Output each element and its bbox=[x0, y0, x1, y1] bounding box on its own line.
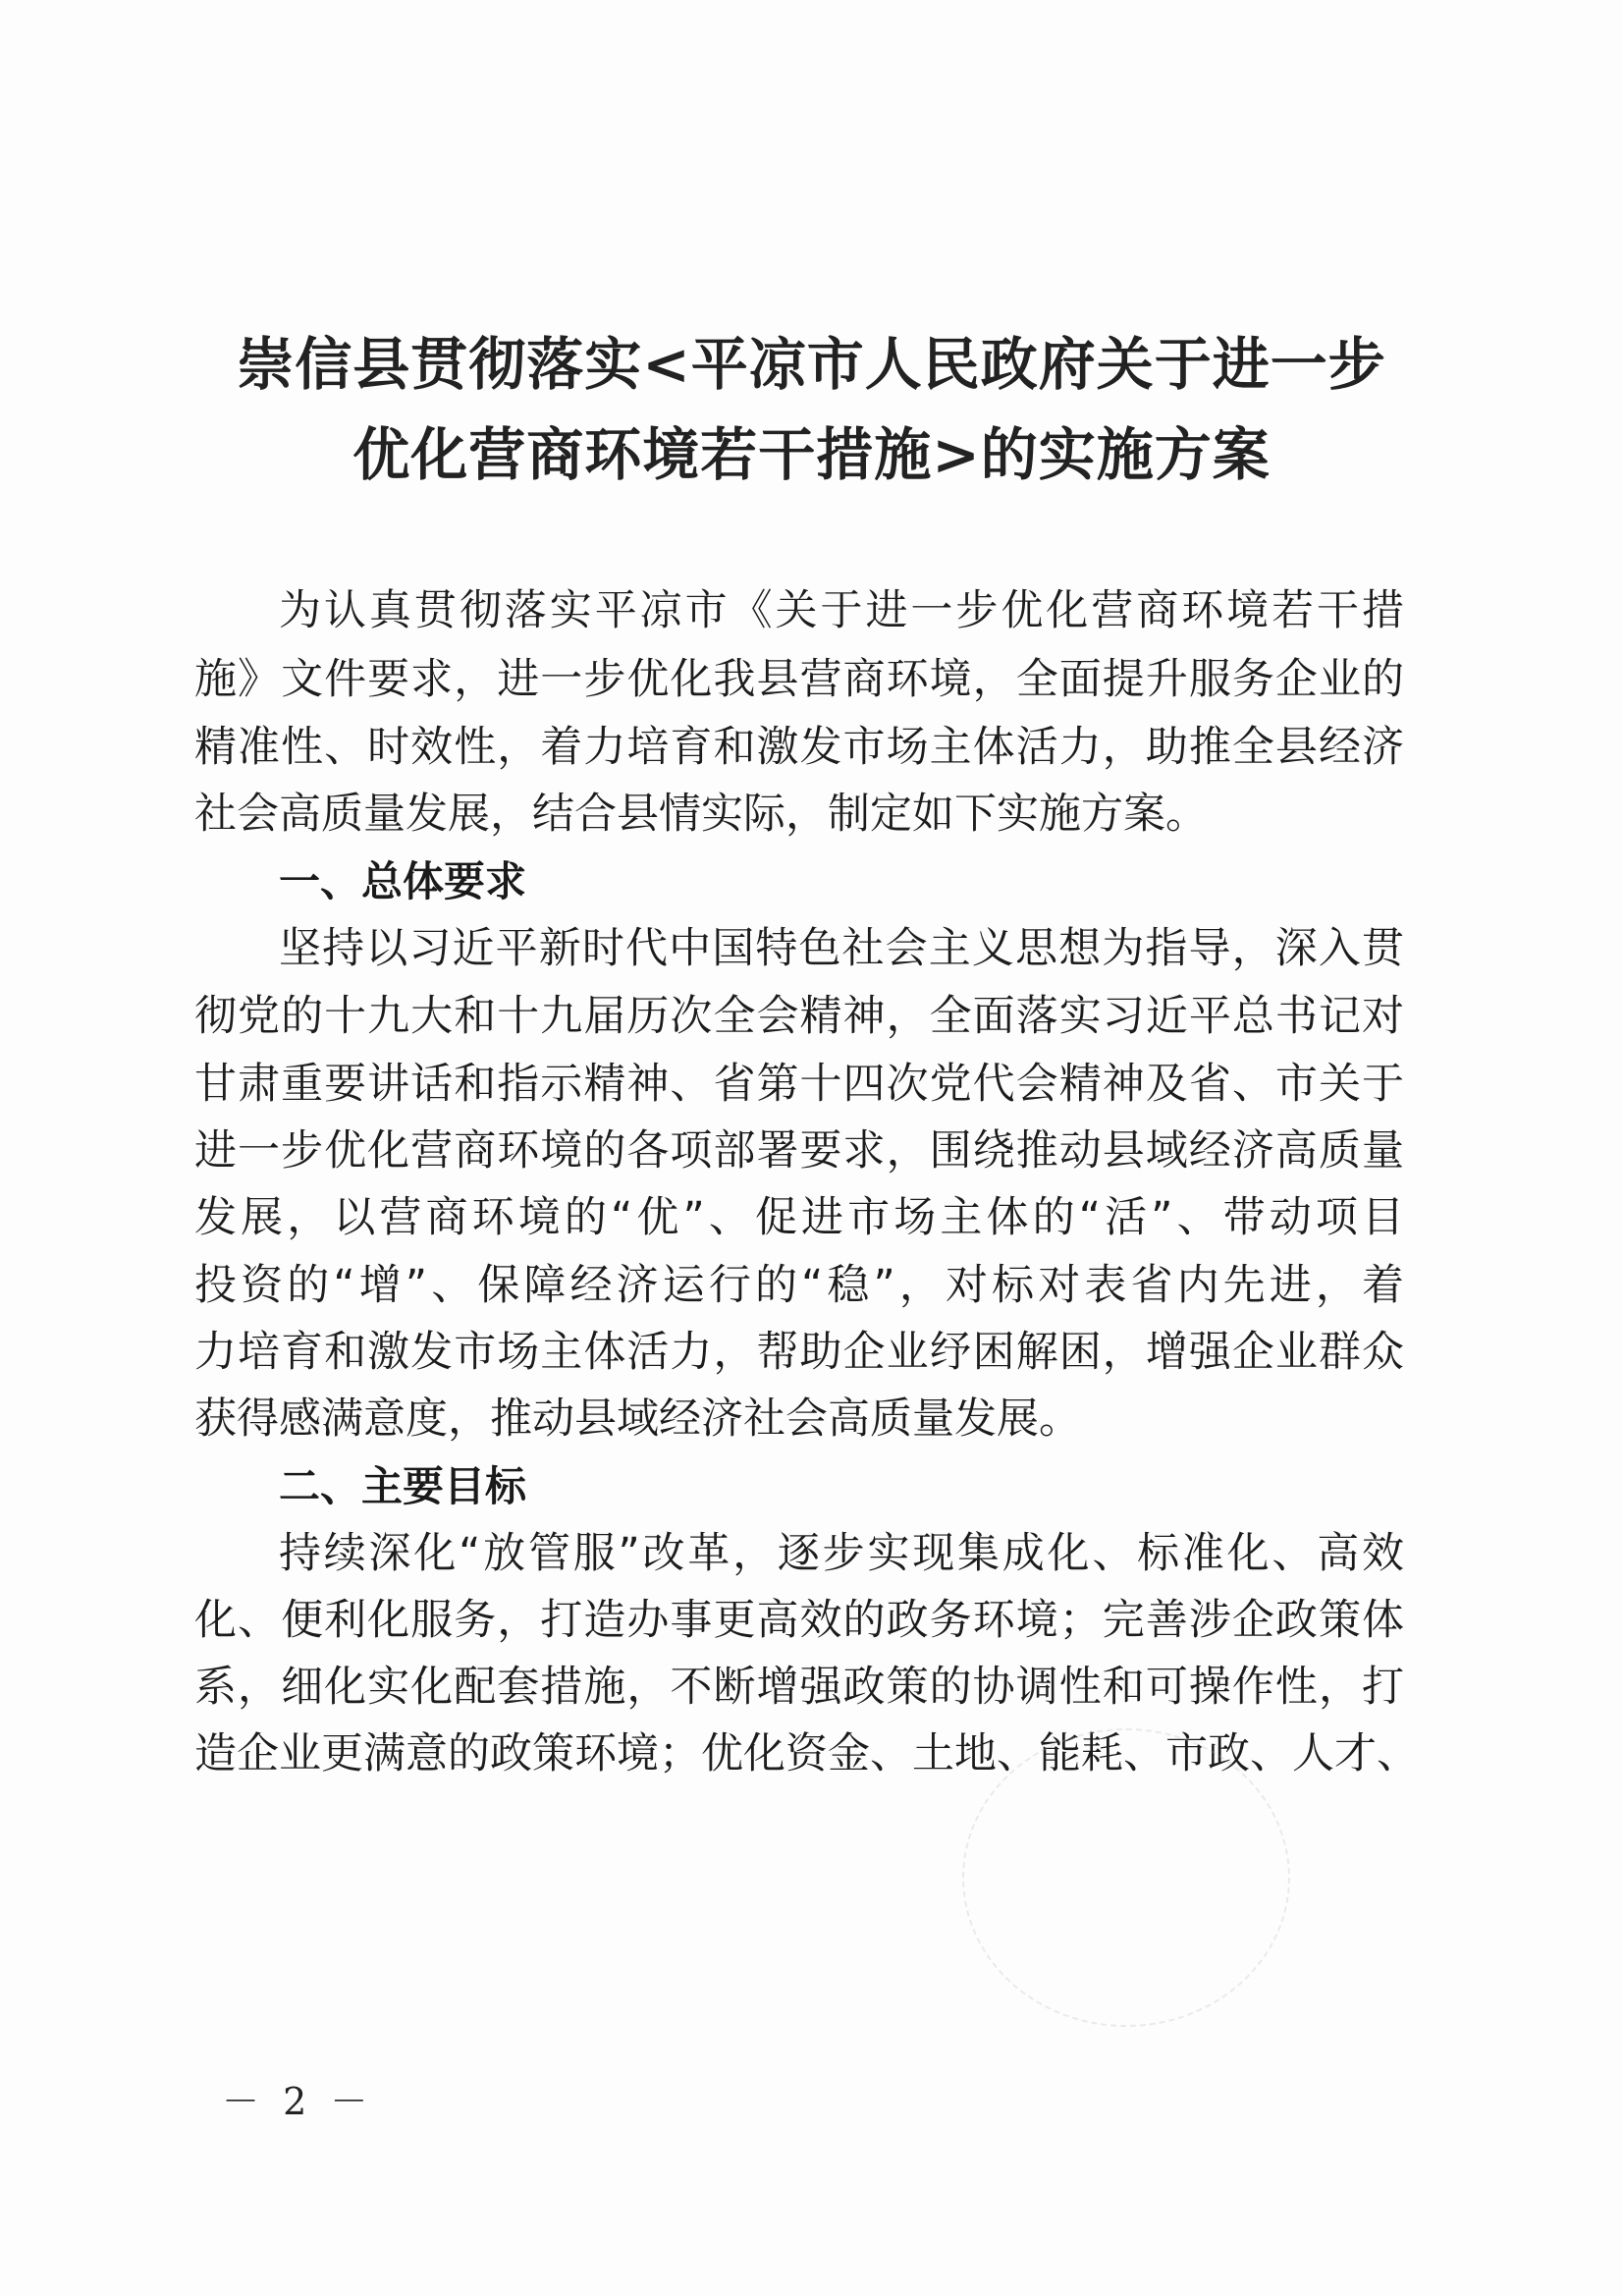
section-1-line: 坚持以习近平新时代中国特色社会主义思想为指导，深入贯 bbox=[279, 921, 1404, 976]
page-number: － 2 － bbox=[222, 2080, 373, 2123]
intro-paragraph-line: 施》文件要求，进一步优化我县营商环境，全面提升服务企业的 bbox=[194, 652, 1404, 707]
section-1-line: 进一步优化营商环境的各项部署要求，围绕推动县域经济高质量 bbox=[194, 1123, 1404, 1178]
faint-seal-impression bbox=[962, 1728, 1290, 2027]
section-1-line: 投资的“增”、保障经济运行的“稳”，对标对表省内先进，着 bbox=[194, 1258, 1404, 1313]
document-title-line-1: 崇信县贯彻落实<平凉市人民政府关于进一步 bbox=[0, 330, 1623, 399]
section-heading-overall-requirements: 一、总体要求 bbox=[279, 854, 526, 909]
section-1-line: 甘肃重要讲话和指示精神、省第十四次党代会精神及省、市关于 bbox=[194, 1057, 1404, 1112]
document-title-line-2: 优化营商环境若干措施>的实施方案 bbox=[0, 420, 1623, 489]
section-2-line: 系，细化实化配套措施，不断增强政策的协调性和可操作性，打 bbox=[194, 1660, 1404, 1715]
section-1-line: 获得感满意度，推动县域经济社会高质量发展。 bbox=[194, 1392, 1404, 1447]
section-1-line: 力培育和激发市场主体活力，帮助企业纾困解困，增强企业群众 bbox=[194, 1325, 1404, 1380]
intro-paragraph-line: 为认真贯彻落实平凉市《关于进一步优化营商环境若干措 bbox=[279, 583, 1404, 638]
intro-paragraph-line: 社会高质量发展，结合县情实际，制定如下实施方案。 bbox=[194, 787, 1404, 842]
section-1-line: 发展，以营商环境的“优”、促进市场主体的“活”、带动项目 bbox=[194, 1190, 1404, 1245]
section-2-line: 化、便利化服务，打造办事更高效的政务环境；完善涉企政策体 bbox=[194, 1593, 1404, 1648]
intro-paragraph-line: 精准性、时效性，着力培育和激发市场主体活力，助推全县经济 bbox=[194, 720, 1404, 775]
section-1-line: 彻党的十九大和十九届历次全会精神，全面落实习近平总书记对 bbox=[194, 989, 1404, 1044]
section-2-line: 持续深化“放管服”改革，逐步实现集成化、标准化、高效 bbox=[279, 1526, 1404, 1581]
document-page: 崇信县贯彻落实<平凉市人民政府关于进一步 优化营商环境若干措施>的实施方案 为认… bbox=[0, 0, 1623, 2296]
section-heading-main-objectives: 二、主要目标 bbox=[279, 1459, 526, 1514]
